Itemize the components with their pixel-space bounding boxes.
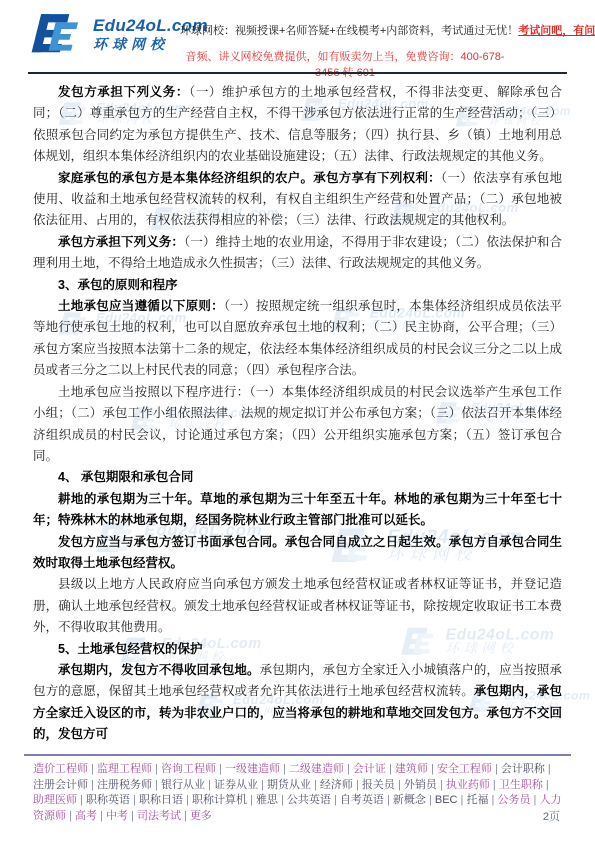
footer-link[interactable]: 职称计算机 [192, 794, 247, 806]
footer-links-block: 造价工程师 | 监理工程师 | 咨询工程师 | 一级建造师 | 二级建造师 | … [33, 762, 562, 824]
footer-link[interactable]: 证券从业 [214, 779, 258, 791]
separator: | [543, 779, 549, 791]
footer-link[interactable]: 托福 [466, 794, 488, 806]
bold-text: 发包方承担下列义务： [58, 85, 189, 99]
separator: | [426, 794, 435, 806]
document-page: Edu24oL.com环球网校Edu24oL.com环球网校Edu24oL.co… [0, 0, 595, 842]
body-text: 土地承包应当按照以下程序进行：（一）本集体经济组织成员的村民会议选举产生承包工作… [33, 385, 562, 463]
footer-link[interactable]: 更多 [190, 810, 212, 822]
paragraph: 发包方应当与承包方签订书面承包合同。承包合同自成立之日起生效。承包方自承包合同生… [33, 532, 562, 575]
separator: | [437, 779, 446, 791]
separator: | [331, 794, 340, 806]
footer-link[interactable]: 建筑师 [395, 763, 428, 775]
paragraph: 发包方承担下列义务：（一）维护承包方的土地承包经营权，不得非法变更、解除承包合同… [33, 82, 562, 168]
separator: | [181, 810, 190, 822]
separator: | [66, 810, 75, 822]
page-number: 2页 [543, 808, 560, 824]
footer-link[interactable]: 会计职称 [501, 763, 545, 775]
footer-link[interactable]: 咨询工程师 [161, 763, 216, 775]
paragraph: 家庭承包的承包方是本集体经济组织的农户。承包方享有下列权利：（一）依法享有承包地… [33, 168, 562, 232]
footer-link[interactable]: 一级建造师 [225, 763, 280, 775]
footer-link[interactable]: 报关员 [362, 779, 395, 791]
header-slogan-line1: 环球网校：视频授课+名师答疑+在线模考+内部资料，考试通过无忧！考试问吧，有问必… [180, 22, 572, 38]
footer-link[interactable]: 外销员 [404, 779, 437, 791]
header-divider [28, 72, 567, 74]
separator: | [88, 779, 97, 791]
separator: | [183, 794, 192, 806]
footer-link[interactable]: 高考 [75, 810, 97, 822]
footer-link[interactable]: 期货从业 [267, 779, 311, 791]
body-text: 县级以上地方人民政府应当向承包方颁发土地承包经营权证或者林权证等证书，并登记造册… [33, 577, 562, 634]
footer-link[interactable]: 卫生职称 [499, 779, 543, 791]
separator: | [384, 794, 393, 806]
footer-link[interactable]: 注册会计师 [33, 779, 88, 791]
footer-link[interactable]: 造价工程师 [33, 763, 88, 775]
footer-link[interactable]: 二级建造师 [289, 763, 344, 775]
separator: | [545, 763, 551, 775]
footer-link[interactable]: 自考英语 [340, 794, 384, 806]
separator: | [395, 779, 404, 791]
bold-text: 发包方应当与承包方签订书面承包合同。承包合同自成立之日起生效。承包方自承包合同生… [33, 535, 562, 570]
separator: | [280, 763, 289, 775]
section-heading: 3、承包的原则和程序 [33, 275, 562, 296]
footer-link[interactable]: BEC [435, 794, 458, 806]
separator: | [278, 794, 287, 806]
separator: | [258, 779, 267, 791]
separator: | [492, 763, 501, 775]
separator: | [152, 763, 161, 775]
separator: | [353, 779, 362, 791]
bold-text: 耕地的承包期为三十年。草地的承包期为三十年至五十年。林地的承包期为三十年至七十年… [33, 492, 562, 527]
bold-text: 5、土地承包经营权的保护 [58, 642, 202, 656]
footer-link[interactable]: 银行从业 [161, 779, 205, 791]
separator: | [428, 763, 437, 775]
separator: | [386, 763, 395, 775]
footer-divider [24, 754, 571, 756]
separator: | [152, 779, 161, 791]
footer-link[interactable]: 雅思 [256, 794, 278, 806]
footer-link[interactable]: 中考 [106, 810, 128, 822]
paragraph: 县级以上地方人民政府应当向承包方颁发土地承包经营权证或者林权证等证书，并登记造册… [33, 574, 562, 638]
separator: | [97, 810, 106, 822]
footer-link[interactable]: 监理工程师 [97, 763, 152, 775]
paragraph: 耕地的承包期为三十年。草地的承包期为三十年至五十年。林地的承包期为三十年至七十年… [33, 489, 562, 532]
paragraph: 土地承包应当遵循以下原则：（一）按照规定统一组织承包时，本集体经济组织成员依法平… [33, 296, 562, 382]
separator: | [216, 763, 225, 775]
exam-qa-link[interactable]: 考试问吧，有问必答 [518, 25, 595, 37]
footer-link[interactable]: 安全工程师 [437, 763, 492, 775]
slogan-text: 环球网校：视频授课+名师答疑+在线模考+内部资料，考试通过无忧！ [180, 25, 518, 37]
separator: | [247, 794, 256, 806]
separator: | [311, 779, 320, 791]
separator: | [205, 779, 214, 791]
footer-link[interactable]: 执业药师 [446, 779, 490, 791]
section-heading: 4、 承包期限和承包合同 [33, 467, 562, 488]
footer-link[interactable]: 职称英语 [86, 794, 130, 806]
footer-link[interactable]: 注册税务师 [97, 779, 152, 791]
bold-text: 承包期内，发包方不得收回承包地。 [58, 663, 260, 677]
document-body: 发包方承担下列义务：（一）维护承包方的土地承包经营权，不得非法变更、解除承包合同… [33, 82, 562, 746]
separator: | [130, 794, 139, 806]
footer-link[interactable]: 司法考试 [137, 810, 181, 822]
footer-link[interactable]: 会计证 [353, 763, 386, 775]
bold-text: 土地承包应当遵循以下原则： [58, 299, 224, 313]
separator: | [344, 763, 353, 775]
footer-links: 造价工程师 | 监理工程师 | 咨询工程师 | 一级建造师 | 二级建造师 | … [33, 762, 562, 824]
paragraph: 土地承包应当按照以下程序进行：（一）本集体经济组织成员的村民会议选举产生承包工作… [33, 382, 562, 468]
footer-link[interactable]: 经济师 [320, 779, 353, 791]
paragraph: 承包期内，发包方不得收回承包地。承包期内，承包方全家迁入小城镇落户的，应当按照承… [33, 660, 562, 746]
paragraph: 承包方承担下列义务：（一）维持土地的农业用途，不得用于非农建设；（二）依法保护和… [33, 232, 562, 275]
bold-text: 4、 承包期限和承包合同 [58, 470, 193, 484]
separator: | [128, 810, 137, 822]
footer-link[interactable]: 职称日语 [139, 794, 183, 806]
separator: | [490, 779, 499, 791]
separator: | [88, 763, 97, 775]
separator: | [77, 794, 86, 806]
section-heading: 5、土地承包经营权的保护 [33, 639, 562, 660]
edu24ol-logo-icon [30, 11, 88, 57]
bold-text: 家庭承包的承包方是本集体经济组织的农户。承包方享有下列权利： [58, 171, 441, 185]
footer-link[interactable]: 助理医师 [33, 794, 77, 806]
bold-text: 承包方承担下列义务： [58, 235, 184, 249]
footer-link[interactable]: 公共英语 [287, 794, 331, 806]
bold-text: 3、承包的原则和程序 [58, 278, 177, 292]
footer-link[interactable]: 公务员 [497, 794, 530, 806]
footer-link[interactable]: 新概念 [393, 794, 426, 806]
header-hotline-line: 音频、讲义网校免费提供，如有贩卖勿上当，免费咨询：400-678-3456 转 … [180, 48, 510, 80]
